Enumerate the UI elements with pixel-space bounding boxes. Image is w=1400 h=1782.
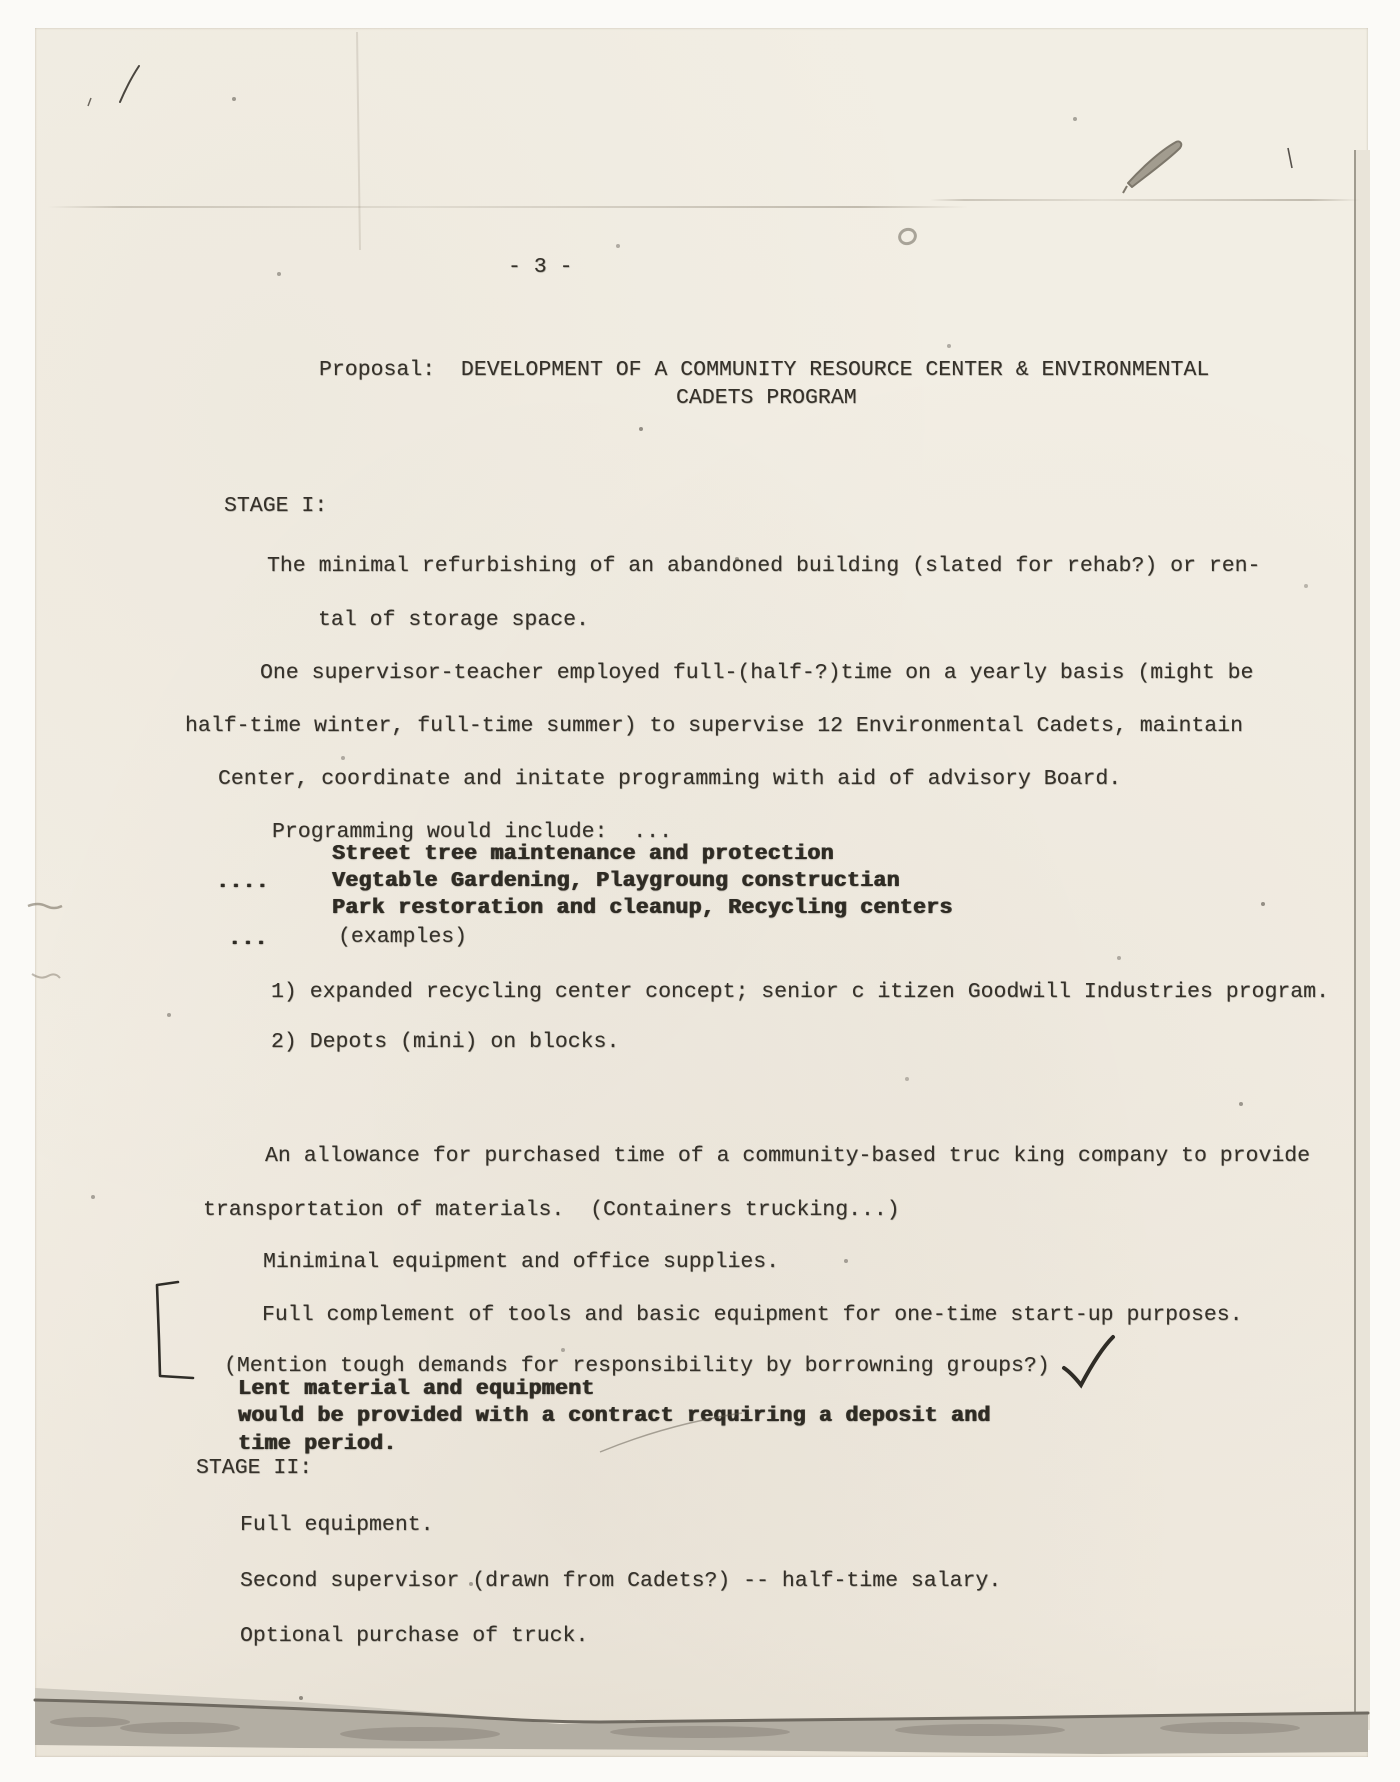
proposal-title-line1: Proposal: DEVELOPMENT OF A COMMUNITY RES…	[319, 357, 1209, 383]
stage1-p5: Full complement of tools and basic equip…	[262, 1302, 1243, 1328]
stage2-item1: Full equipment.	[240, 1512, 434, 1538]
stage1-p2c: Center, coordinate and initate programmi…	[218, 766, 1121, 792]
stage2-item2: Second supervisor (drawn from Cadets?) -…	[240, 1568, 1001, 1594]
stage1-heading: STAGE I:	[224, 493, 327, 519]
stage1-p3a: An allowance for purchased time of a com…	[265, 1143, 1310, 1169]
stage1-note2: would be provided with a contract requir…	[238, 1403, 991, 1429]
paper-right-edge	[1354, 150, 1370, 1730]
proposal-title-line2: CADETS PROGRAM	[676, 385, 857, 411]
stage1-note3: time period.	[238, 1431, 396, 1457]
stage1-numbered2: 2) Depots (mini) on blocks.	[271, 1029, 619, 1055]
stage1-p2a: One supervisor-teacher employed full-(ha…	[260, 660, 1253, 686]
scan-specks	[0, 0, 2, 2]
stage1-p4: Miniminal equipment and office supplies.	[263, 1249, 779, 1275]
stage1-program-item1: Street tree maintenance and protection	[332, 841, 834, 867]
stage1-numbered1: 1) expanded recycling center concept; se…	[271, 979, 1329, 1005]
stage1-examples: (examples)	[338, 924, 467, 950]
stage1-program-item2: Vegtable Gardening, Playgroung construct…	[332, 868, 900, 894]
scanned-typewritten-page: { "doc": { "page_number": "- 3 -", "titl…	[0, 0, 1400, 1782]
stage2-heading: STAGE II:	[196, 1455, 312, 1481]
stage1-p1a: The minimal refurbishing of an abandoned…	[267, 553, 1260, 579]
margin-dots2: ...	[228, 926, 268, 952]
crease-line-left	[48, 206, 968, 208]
stage1-p2b: half-time winter, full-time summer) to s…	[185, 713, 1243, 739]
stage1-p3b: transportation of materials. (Containers…	[203, 1197, 900, 1223]
stage2-item3: Optional purchase of truck.	[240, 1623, 588, 1649]
margin-dots1: ....	[216, 869, 269, 895]
stage1-program-item3: Park restoration and cleanup, Recycling …	[332, 895, 953, 921]
stage1-note1: Lent material and equipment	[238, 1376, 594, 1402]
stage1-p1b: tal of storage space.	[318, 607, 589, 633]
page-number: - 3 -	[508, 254, 573, 280]
crease-line-right	[930, 199, 1360, 201]
